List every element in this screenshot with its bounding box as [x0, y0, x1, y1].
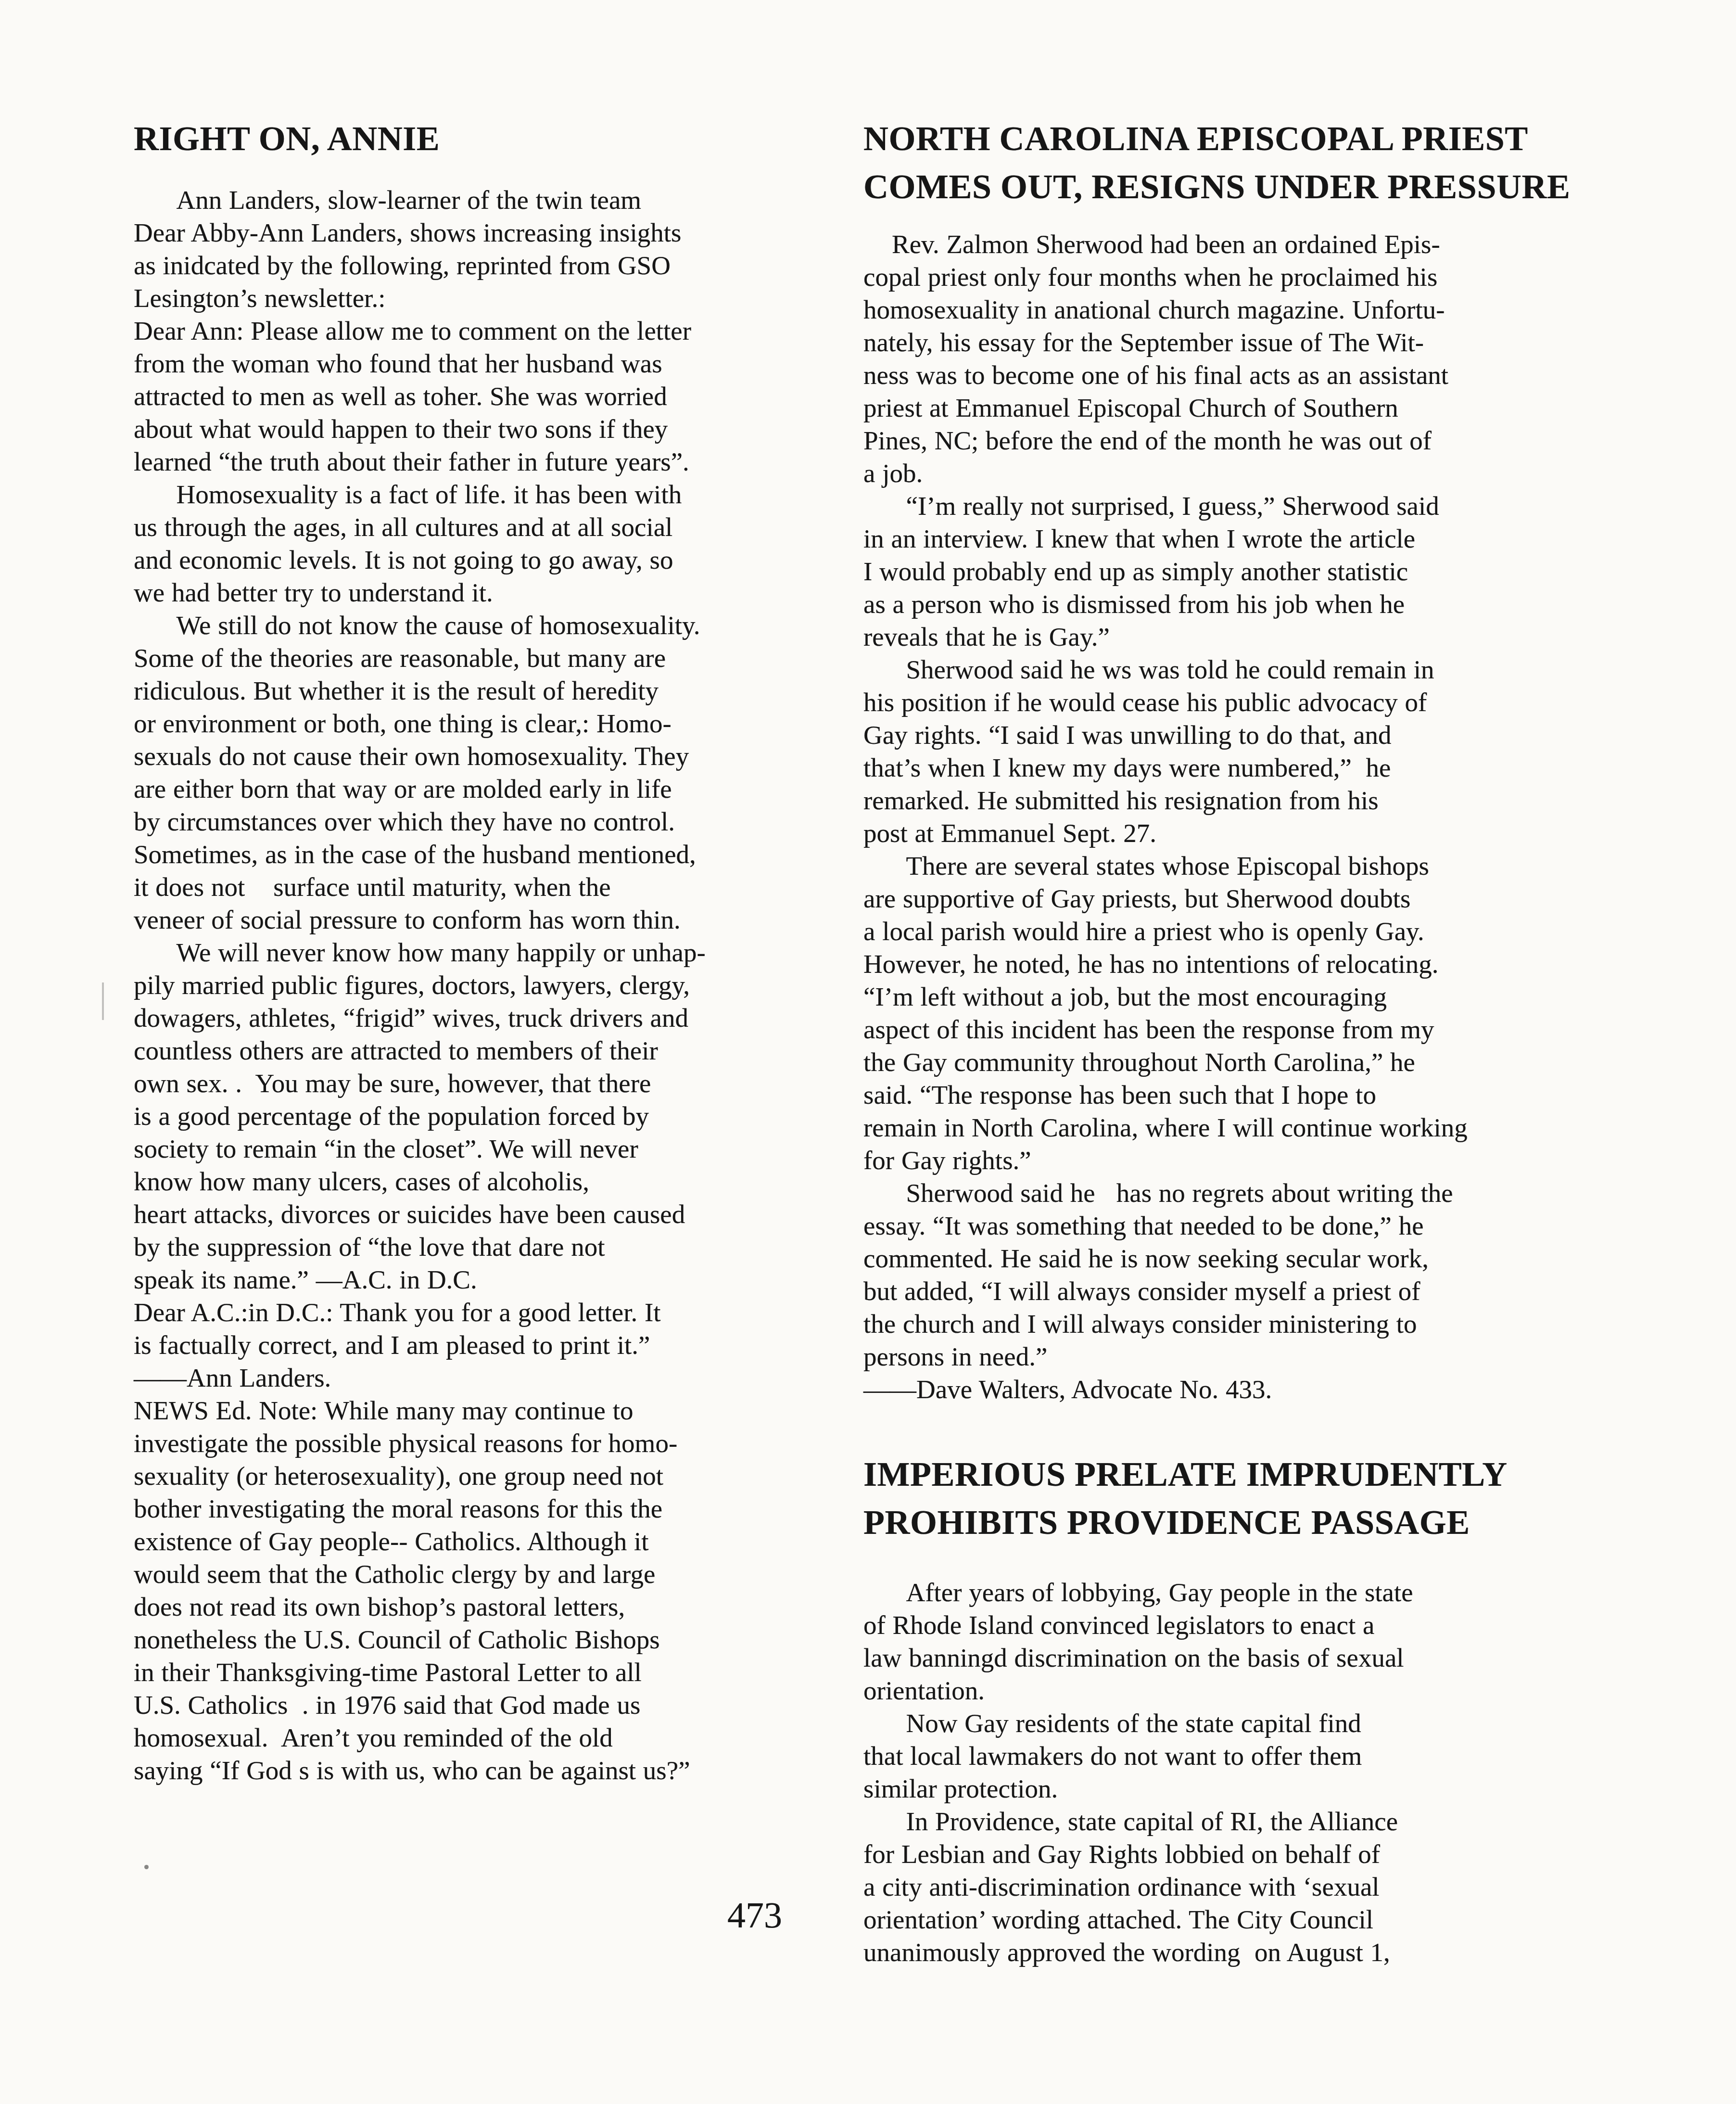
document-page: RIGHT ON, ANNIE Ann Landers, slow-learne…	[0, 0, 1736, 2104]
left-column: RIGHT ON, ANNIE Ann Landers, slow-learne…	[134, 115, 870, 1787]
right-column: NORTH CAROLINA EPISCOPAL PRIEST COMES OU…	[863, 115, 1693, 1969]
article-body-imperious-prelate: After years of lobbying, Gay people in t…	[863, 1576, 1693, 1969]
scan-artifact-dot	[144, 1865, 149, 1869]
page-number: 473	[727, 1895, 782, 1937]
article-body-nc-episcopal-priest: Rev. Zalmon Sherwood had been an ordaine…	[863, 228, 1693, 1406]
article-title-nc-episcopal-priest: NORTH CAROLINA EPISCOPAL PRIEST COMES OU…	[863, 115, 1693, 211]
scan-artifact-tick	[102, 982, 104, 1020]
article-title-right-on-annie: RIGHT ON, ANNIE	[134, 115, 870, 163]
article-body-right-on-annie: Ann Landers, slow-learner of the twin te…	[134, 184, 870, 1787]
article-title-imperious-prelate: IMPERIOUS PRELATE IMPRUDENTLY PROHIBITS …	[863, 1450, 1693, 1546]
